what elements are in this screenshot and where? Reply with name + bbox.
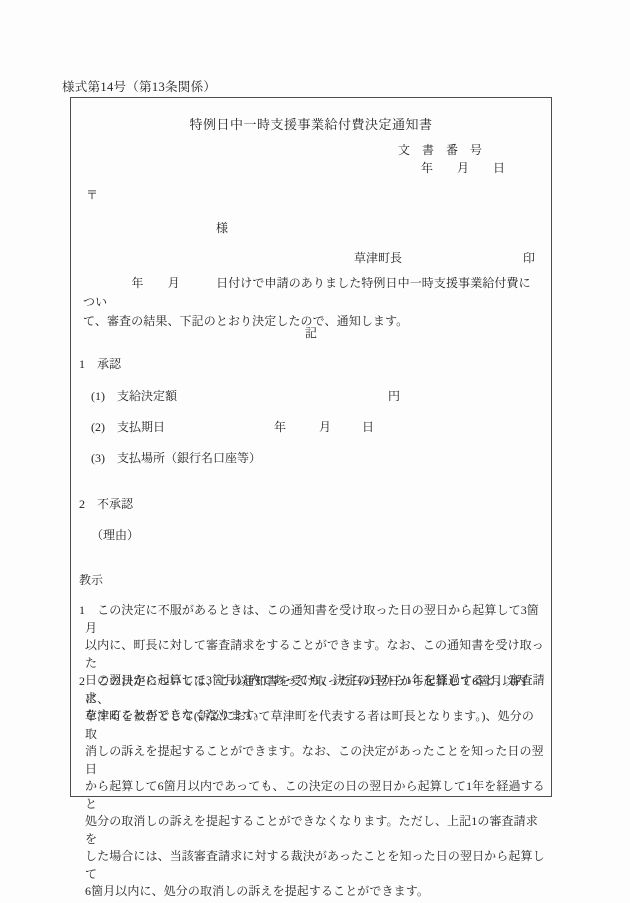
seal-mark: 印 bbox=[523, 251, 535, 266]
postal-code-mark: 〒 bbox=[86, 188, 98, 203]
document-border-box: 特例日中一時支援事業給付費決定通知書 文 書 番 号 年 月 日 〒 様 草津町… bbox=[70, 97, 552, 797]
approval-heading: 1 承認 bbox=[79, 357, 121, 372]
disapproval-reason-label: （理由） bbox=[91, 528, 139, 543]
amount-unit-label: 円 bbox=[388, 389, 400, 404]
document-page: 様式第14号（第13条関係） 特例日中一時支援事業給付費決定通知書 文 書 番 … bbox=[0, 0, 630, 903]
payment-date-year-label: 年 bbox=[274, 420, 286, 435]
approval-item-3-label: (3) 支払場所（銀行名口座等） bbox=[91, 451, 261, 466]
doc-number-label: 文 書 番 号 bbox=[398, 143, 482, 158]
payment-date-month-label: 月 bbox=[319, 420, 331, 435]
form-number-label: 様式第14号（第13条関係） bbox=[62, 77, 216, 95]
issue-date-line: 年 月 日 bbox=[421, 161, 505, 176]
approval-item-2-label: (2) 支払期日 bbox=[91, 420, 165, 435]
instruction-paragraph-2: 2 この決定については、この通知書を受け取った日の翌日から起算して6箇月以内に、… bbox=[79, 673, 545, 901]
request-summary-paragraph: 年 月 日付けで申請のありました特例日中一時支援事業給付費につい て、審査の結果… bbox=[83, 274, 541, 331]
addressee-honorific: 様 bbox=[216, 221, 228, 236]
payment-date-day-label: 日 bbox=[362, 420, 374, 435]
approval-item-1-label: (1) 支給決定額 bbox=[91, 389, 177, 404]
document-title: 特例日中一時支援事業給付費決定通知書 bbox=[71, 114, 551, 133]
disapproval-heading: 2 不承認 bbox=[79, 497, 133, 512]
issuer-name: 草津町長 bbox=[354, 251, 402, 266]
instructions-heading: 教示 bbox=[79, 573, 103, 588]
record-marker: 記 bbox=[71, 324, 551, 341]
